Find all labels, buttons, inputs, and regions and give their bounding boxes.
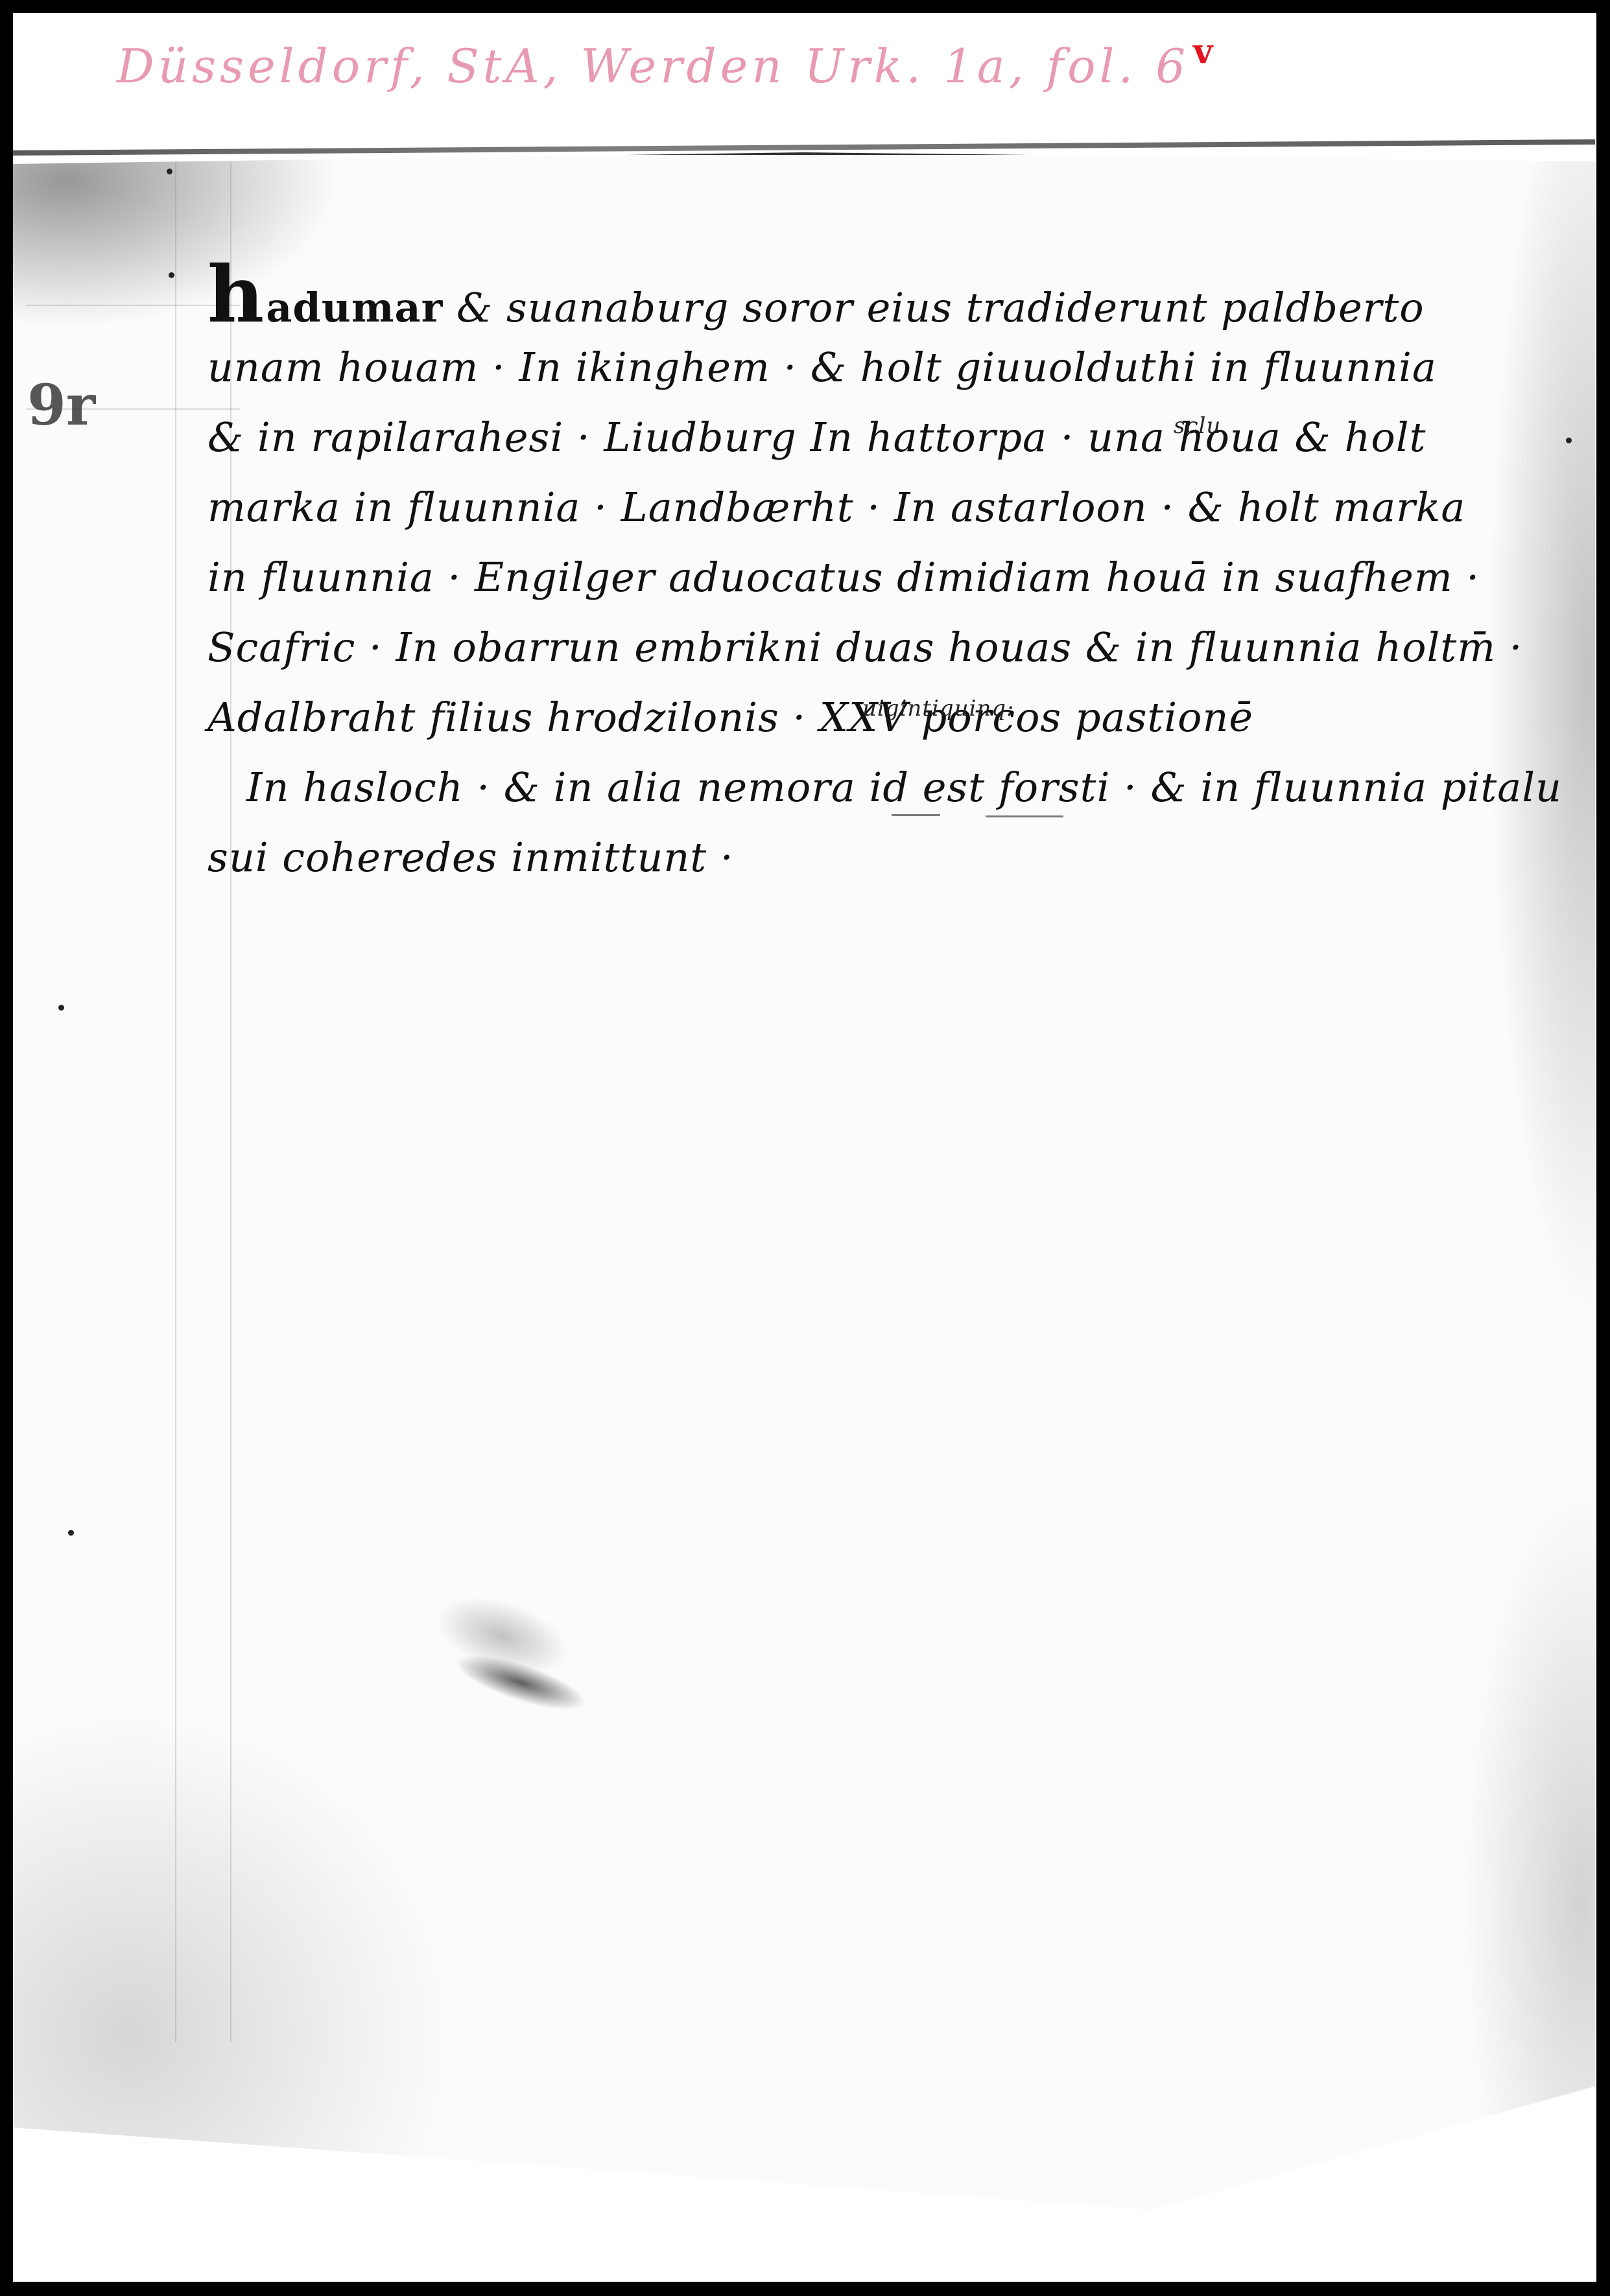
line-text: In hasloch · & in alia nemora id est for…	[246, 764, 1562, 811]
manuscript-line: In hasloch · & in alia nemora id est for…	[207, 753, 1595, 823]
line-text: Adalbraht filius hrodzilonis · XXV porco…	[207, 694, 1253, 741]
line-text: & in rapilarahesi · Liudburg In hattorpa…	[207, 414, 1426, 461]
manuscript-line: marka in fluunnia · Landbærht · In astar…	[207, 473, 1595, 543]
manuscript-line: in fluunnia · Engilger aduocatus dimidia…	[207, 543, 1595, 613]
scan-frame: Düsseldorf, StA, Werden Urk. 1a, fol. 6v…	[13, 13, 1596, 2282]
donor-name: adumar	[266, 284, 443, 331]
prick-mark	[169, 272, 174, 278]
initial-letter: h	[207, 249, 265, 340]
prick-mark	[58, 1005, 64, 1011]
line-text: in fluunnia · Engilger aduocatus dimidia…	[207, 554, 1480, 601]
prick-mark	[167, 169, 172, 174]
line-text: marka in fluunnia · Landbærht · In astar…	[207, 484, 1465, 531]
archive-annotation-text: Düsseldorf, StA, Werden Urk. 1a, fol. 6	[117, 39, 1189, 93]
underline-mark	[986, 815, 1063, 817]
manuscript-line: sclu & in rapilarahesi · Liudburg In hat…	[207, 403, 1595, 473]
interlinear-gloss: uigintiquinq:	[862, 674, 1015, 744]
manuscript-line: unam houam · In ikinghem · & holt giuuol…	[207, 333, 1595, 403]
manuscript-text: hadumar & suanaburg soror eius tradideru…	[207, 263, 1595, 893]
archive-annotation: Düsseldorf, StA, Werden Urk. 1a, fol. 6v	[117, 39, 1216, 93]
prick-mark	[68, 1530, 74, 1536]
manuscript-line: sui coheredes inmittunt ·	[207, 823, 1595, 893]
manuscript-line: hadumar & suanaburg soror eius tradideru…	[207, 263, 1595, 333]
ruling-line-vertical	[175, 162, 176, 2042]
underline-mark	[892, 814, 940, 816]
interlinear-gloss: sclu	[1174, 391, 1221, 461]
line-text: & suanaburg soror eius tradiderunt paldb…	[443, 284, 1424, 331]
line-text: Scafric · In obarrun embrikni duas houas…	[207, 624, 1522, 671]
manuscript-line: uigintiquinq: Adalbraht filius hrodzilon…	[207, 683, 1595, 753]
line-text: unam houam · In ikinghem · & holt giuuol…	[207, 344, 1437, 391]
line-text: sui coheredes inmittunt ·	[207, 834, 734, 881]
verso-mark: v	[1193, 32, 1216, 71]
manuscript-line: Scafric · In obarrun embrikni duas houas…	[207, 613, 1595, 683]
folio-number: 9r	[27, 373, 95, 438]
